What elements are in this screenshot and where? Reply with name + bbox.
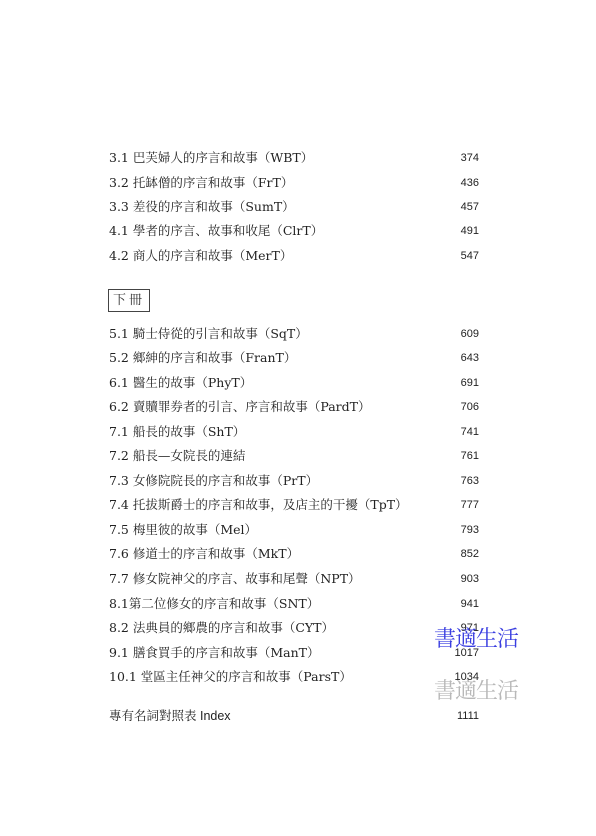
toc-entry-page: 903	[461, 569, 479, 589]
section-label-lower-volume: 下冊	[108, 289, 150, 312]
toc-entry-page: 741	[461, 422, 479, 442]
toc-entry[interactable]: 3.3 差役的序言和故事（SumT）457	[109, 197, 479, 217]
toc-entry-title: 6.1 醫生的故事（PhyT）	[109, 373, 252, 393]
toc-entry[interactable]: 4.1 學者的序言、故事和收尾（ClrT）491	[109, 221, 479, 241]
toc-entry-title: 3.1 巴芙婦人的序言和故事（WBT）	[109, 148, 313, 168]
toc-entry-title: 10.1 堂區主任神父的序言和故事（ParsT）	[109, 667, 352, 687]
toc-entry-page: 609	[461, 324, 479, 344]
toc-entry-title: 專有名詞對照表 Index	[109, 706, 231, 726]
toc-entry-page: 852	[461, 544, 479, 564]
toc-entry-page: 761	[461, 446, 479, 466]
toc-entry[interactable]: 7.7 修女院神父的序言、故事和尾聲（NPT）903	[109, 569, 479, 589]
toc-entry[interactable]: 5.1 騎士侍從的引言和故事（SqT）609	[109, 324, 479, 344]
toc-entry-page: 691	[461, 373, 479, 393]
toc-entry-page: 491	[461, 221, 479, 241]
toc-entry-title: 5.2 鄉紳的序言和故事（FranT）	[109, 348, 296, 368]
toc-entry-title: 5.1 騎士侍從的引言和故事（SqT）	[109, 324, 308, 344]
toc-entry-page: 763	[461, 471, 479, 491]
watermark-blue: 書適生活	[434, 622, 518, 653]
toc-entry[interactable]: 8.1第二位修女的序言和故事（SNT）941	[109, 594, 479, 614]
toc-entry-title: 4.2 商人的序言和故事（MerT）	[109, 246, 292, 266]
toc-entry[interactable]: 4.2 商人的序言和故事（MerT）547	[109, 246, 479, 266]
toc-entry-title: 8.1第二位修女的序言和故事（SNT）	[109, 594, 319, 614]
toc-entry-title: 3.2 托缽僧的序言和故事（FrT）	[109, 173, 293, 193]
toc-entry-title: 8.2 法典員的鄉農的序言和故事（CYT）	[109, 618, 334, 638]
toc-entry[interactable]: 7.2 船長—女院長的連結761	[109, 446, 479, 466]
toc-entry-page: 793	[461, 520, 479, 540]
toc-entry-title: 4.1 學者的序言、故事和收尾（ClrT）	[109, 221, 323, 241]
toc-entry-page: 643	[461, 348, 479, 368]
toc-entry-title: 7.6 修道士的序言和故事（MkT）	[109, 544, 299, 564]
toc-entry[interactable]: 7.5 梅里彼的故事（Mel）793	[109, 520, 479, 540]
toc-entry-index[interactable]: 專有名詞對照表 Index1111	[109, 706, 479, 726]
toc-entry-title: 7.7 修女院神父的序言、故事和尾聲（NPT）	[109, 569, 361, 589]
toc-entry-page: 374	[461, 148, 479, 168]
watermark-gray: 書適生活	[434, 674, 518, 705]
toc-entry[interactable]: 9.1 膳食買手的序言和故事（ManT）1017	[109, 643, 479, 663]
toc-entry[interactable]: 7.1 船長的故事（ShT）741	[109, 422, 479, 442]
toc-entry-page: 706	[461, 397, 479, 417]
toc-entry[interactable]: 7.3 女修院院長的序言和故事（PrT）763	[109, 471, 479, 491]
toc-entry-title: 7.2 船長—女院長的連結	[109, 446, 245, 466]
toc-entry-page: 457	[461, 197, 479, 217]
toc-entry-title: 3.3 差役的序言和故事（SumT）	[109, 197, 295, 217]
toc-entry-page: 777	[461, 495, 479, 515]
toc-entry-page: 436	[461, 173, 479, 193]
toc-entry-page: 941	[461, 594, 479, 614]
toc-entry-title: 7.5 梅里彼的故事（Mel）	[109, 520, 257, 540]
toc-entry[interactable]: 3.2 托缽僧的序言和故事（FrT）436	[109, 173, 479, 193]
toc-entry[interactable]: 10.1 堂區主任神父的序言和故事（ParsT）1034	[109, 667, 479, 687]
toc-entry[interactable]: 8.2 法典員的鄉農的序言和故事（CYT）971	[109, 618, 479, 638]
toc-entry-title: 9.1 膳食買手的序言和故事（ManT）	[109, 643, 320, 663]
toc-entry-page: 1111	[457, 706, 479, 726]
toc-entry[interactable]: 5.2 鄉紳的序言和故事（FranT）643	[109, 348, 479, 368]
toc-entry[interactable]: 6.2 賣贖罪券者的引言、序言和故事（PardT）706	[109, 397, 479, 417]
toc-entry[interactable]: 6.1 醫生的故事（PhyT）691	[109, 373, 479, 393]
toc-entry[interactable]: 7.6 修道士的序言和故事（MkT）852	[109, 544, 479, 564]
toc-entry-title: 7.4 托拔斯爵士的序言和故事，及店主的干擾（TpT）	[109, 495, 408, 515]
toc-entry-page: 547	[461, 246, 479, 266]
toc-entry[interactable]: 3.1 巴芙婦人的序言和故事（WBT）374	[109, 148, 479, 168]
toc-entry-title: 7.3 女修院院長的序言和故事（PrT）	[109, 471, 318, 491]
toc-entry-title: 7.1 船長的故事（ShT）	[109, 422, 245, 442]
toc-entry[interactable]: 7.4 托拔斯爵士的序言和故事，及店主的干擾（TpT）777	[109, 495, 479, 515]
toc-entry-title: 6.2 賣贖罪券者的引言、序言和故事（PardT）	[109, 397, 370, 417]
